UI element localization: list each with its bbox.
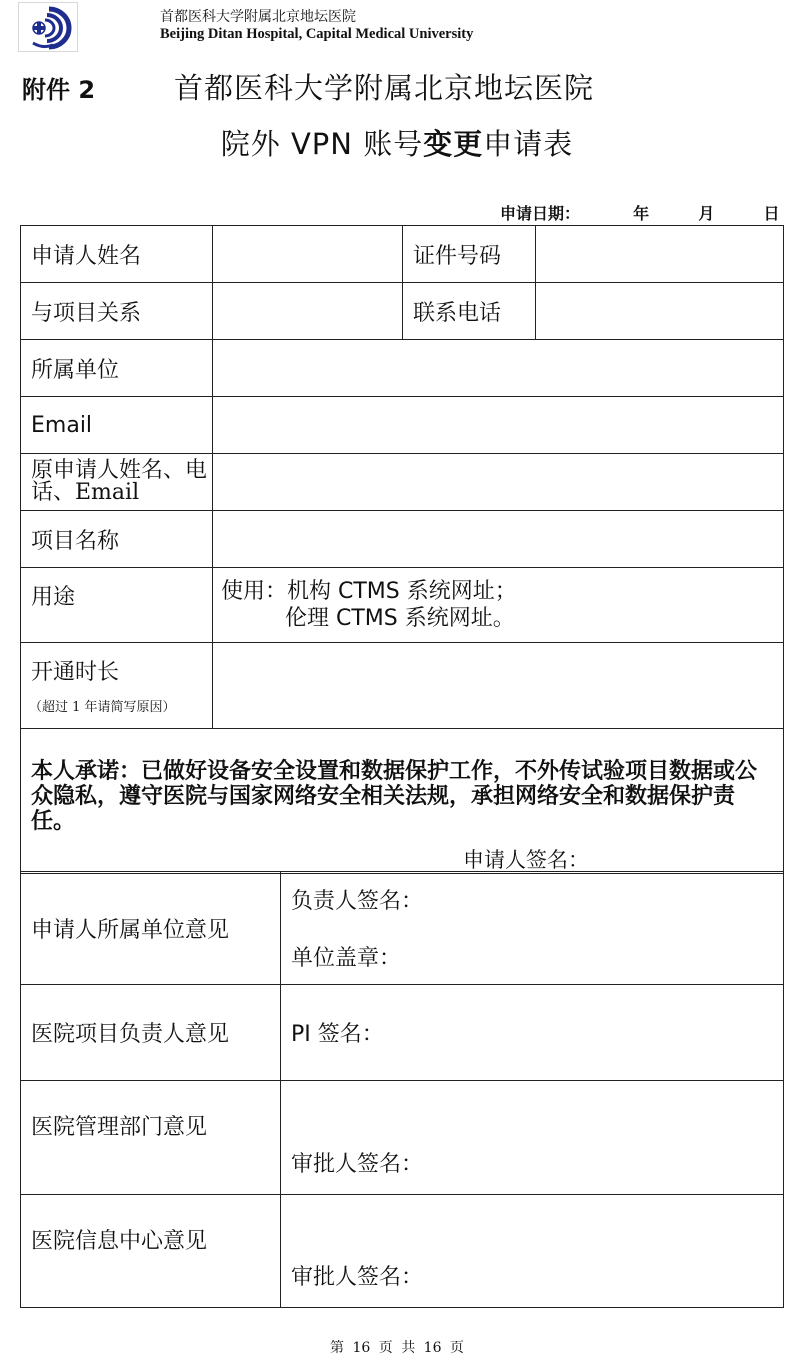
hospital-logo-icon xyxy=(18,2,78,52)
organization-field[interactable] xyxy=(213,340,784,397)
email-field[interactable] xyxy=(213,397,784,454)
approval-row: 申请人所属单位意见 负责人签名： 单位盖章： xyxy=(21,872,784,985)
approval-label: 医院项目负责人意见 xyxy=(21,985,281,1081)
title-bold: 变更 xyxy=(423,127,483,161)
table-row: 所属单位 xyxy=(21,340,784,397)
date-month[interactable]: 月 xyxy=(698,201,714,224)
original-applicant-label: 原申请人姓名、电话、Email xyxy=(21,454,213,511)
approvals-table: 申请人所属单位意见 负责人签名： 单位盖章： 医院项目负责人意见 PI 签名： … xyxy=(20,871,784,1308)
date-day[interactable]: 日 xyxy=(764,201,780,224)
approval-row: 医院信息中心意见 审批人签名： xyxy=(21,1195,784,1308)
usage-line-1: 使用：机构 CTMS 系统网址； xyxy=(213,578,783,605)
table-row: 申请人姓名 证件号码 xyxy=(21,226,784,283)
pi-signature[interactable]: PI 签名： xyxy=(281,985,784,1081)
approval-label: 申请人所属单位意见 xyxy=(21,872,281,985)
table-row: 与项目关系 联系电话 xyxy=(21,283,784,340)
phone-label: 联系电话 xyxy=(403,283,536,340)
approver-signature[interactable]: 审批人签名： xyxy=(281,1195,784,1308)
usage-line-2: 伦理 CTMS 系统网址。 xyxy=(213,605,783,632)
original-applicant-field[interactable] xyxy=(213,454,784,511)
usage-label: 用途 xyxy=(21,568,213,643)
approval-row: 医院项目负责人意见 PI 签名： xyxy=(21,985,784,1081)
table-row: 用途 使用：机构 CTMS 系统网址； 伦理 CTMS 系统网址。 xyxy=(21,568,784,643)
duration-label: 开通时长 xyxy=(29,655,212,686)
id-number-label: 证件号码 xyxy=(403,226,536,283)
approval-label: 医院管理部门意见 xyxy=(21,1081,281,1195)
manager-signature[interactable]: 负责人签名： xyxy=(291,884,783,915)
applicant-name-label: 申请人姓名 xyxy=(21,226,213,283)
duration-label-cell: 开通时长 （超过 1 年请简写原因） xyxy=(21,643,213,729)
application-date: 申请日期： 年 月 日 xyxy=(500,201,780,224)
id-number-field[interactable] xyxy=(536,226,784,283)
project-name-field[interactable] xyxy=(213,511,784,568)
table-row: 本人承诺：已做好设备安全设置和数据保护工作，不外传试验项目数据或公众隐私，遵守医… xyxy=(21,729,784,874)
hospital-name-cn: 首都医科大学附属北京地坛医院 xyxy=(160,6,356,26)
page-number: 第 16 页 共 16 页 xyxy=(0,1337,794,1357)
title-prefix: 院外 VPN 账号 xyxy=(221,127,423,161)
promise-cell: 本人承诺：已做好设备安全设置和数据保护工作，不外传试验项目数据或公众隐私，遵守医… xyxy=(21,729,784,874)
date-label: 申请日期： xyxy=(500,201,580,224)
duration-note: （超过 1 年请简写原因） xyxy=(29,696,212,715)
table-row: 开通时长 （超过 1 年请简写原因） xyxy=(21,643,784,729)
approval-label: 医院信息中心意见 xyxy=(21,1195,281,1308)
title-line2: 院外 VPN 账号变更申请表 xyxy=(0,122,794,163)
attachment-label: 附件 2 xyxy=(22,70,95,105)
approver-signature[interactable]: 审批人签名： xyxy=(281,1081,784,1195)
applicant-signature[interactable]: 申请人签名： xyxy=(31,848,775,873)
applicant-name-field[interactable] xyxy=(213,226,403,283)
application-form-table: 申请人姓名 证件号码 与项目关系 联系电话 所属单位 Email 原申请人姓名、… xyxy=(20,225,784,874)
approval-signature-cell[interactable]: 负责人签名： 单位盖章： xyxy=(281,872,784,985)
unit-seal[interactable]: 单位盖章： xyxy=(291,941,783,972)
email-label: Email xyxy=(21,397,213,454)
phone-field[interactable] xyxy=(536,283,784,340)
table-row: Email xyxy=(21,397,784,454)
title-suffix: 申请表 xyxy=(483,127,573,161)
project-relation-label: 与项目关系 xyxy=(21,283,213,340)
date-year[interactable]: 年 xyxy=(633,201,649,224)
hospital-name-en: Beijing Ditan Hospital, Capital Medical … xyxy=(160,26,473,43)
usage-field[interactable]: 使用：机构 CTMS 系统网址； 伦理 CTMS 系统网址。 xyxy=(213,568,784,643)
organization-label: 所属单位 xyxy=(21,340,213,397)
table-row: 原申请人姓名、电话、Email xyxy=(21,454,784,511)
duration-field[interactable] xyxy=(213,643,784,729)
project-relation-field[interactable] xyxy=(213,283,403,340)
table-row: 项目名称 xyxy=(21,511,784,568)
promise-text: 本人承诺：已做好设备安全设置和数据保护工作，不外传试验项目数据或公众隐私，遵守医… xyxy=(31,759,775,834)
approval-row: 医院管理部门意见 审批人签名： xyxy=(21,1081,784,1195)
title-line1: 首都医科大学附属北京地坛医院 xyxy=(174,66,594,107)
project-name-label: 项目名称 xyxy=(21,511,213,568)
